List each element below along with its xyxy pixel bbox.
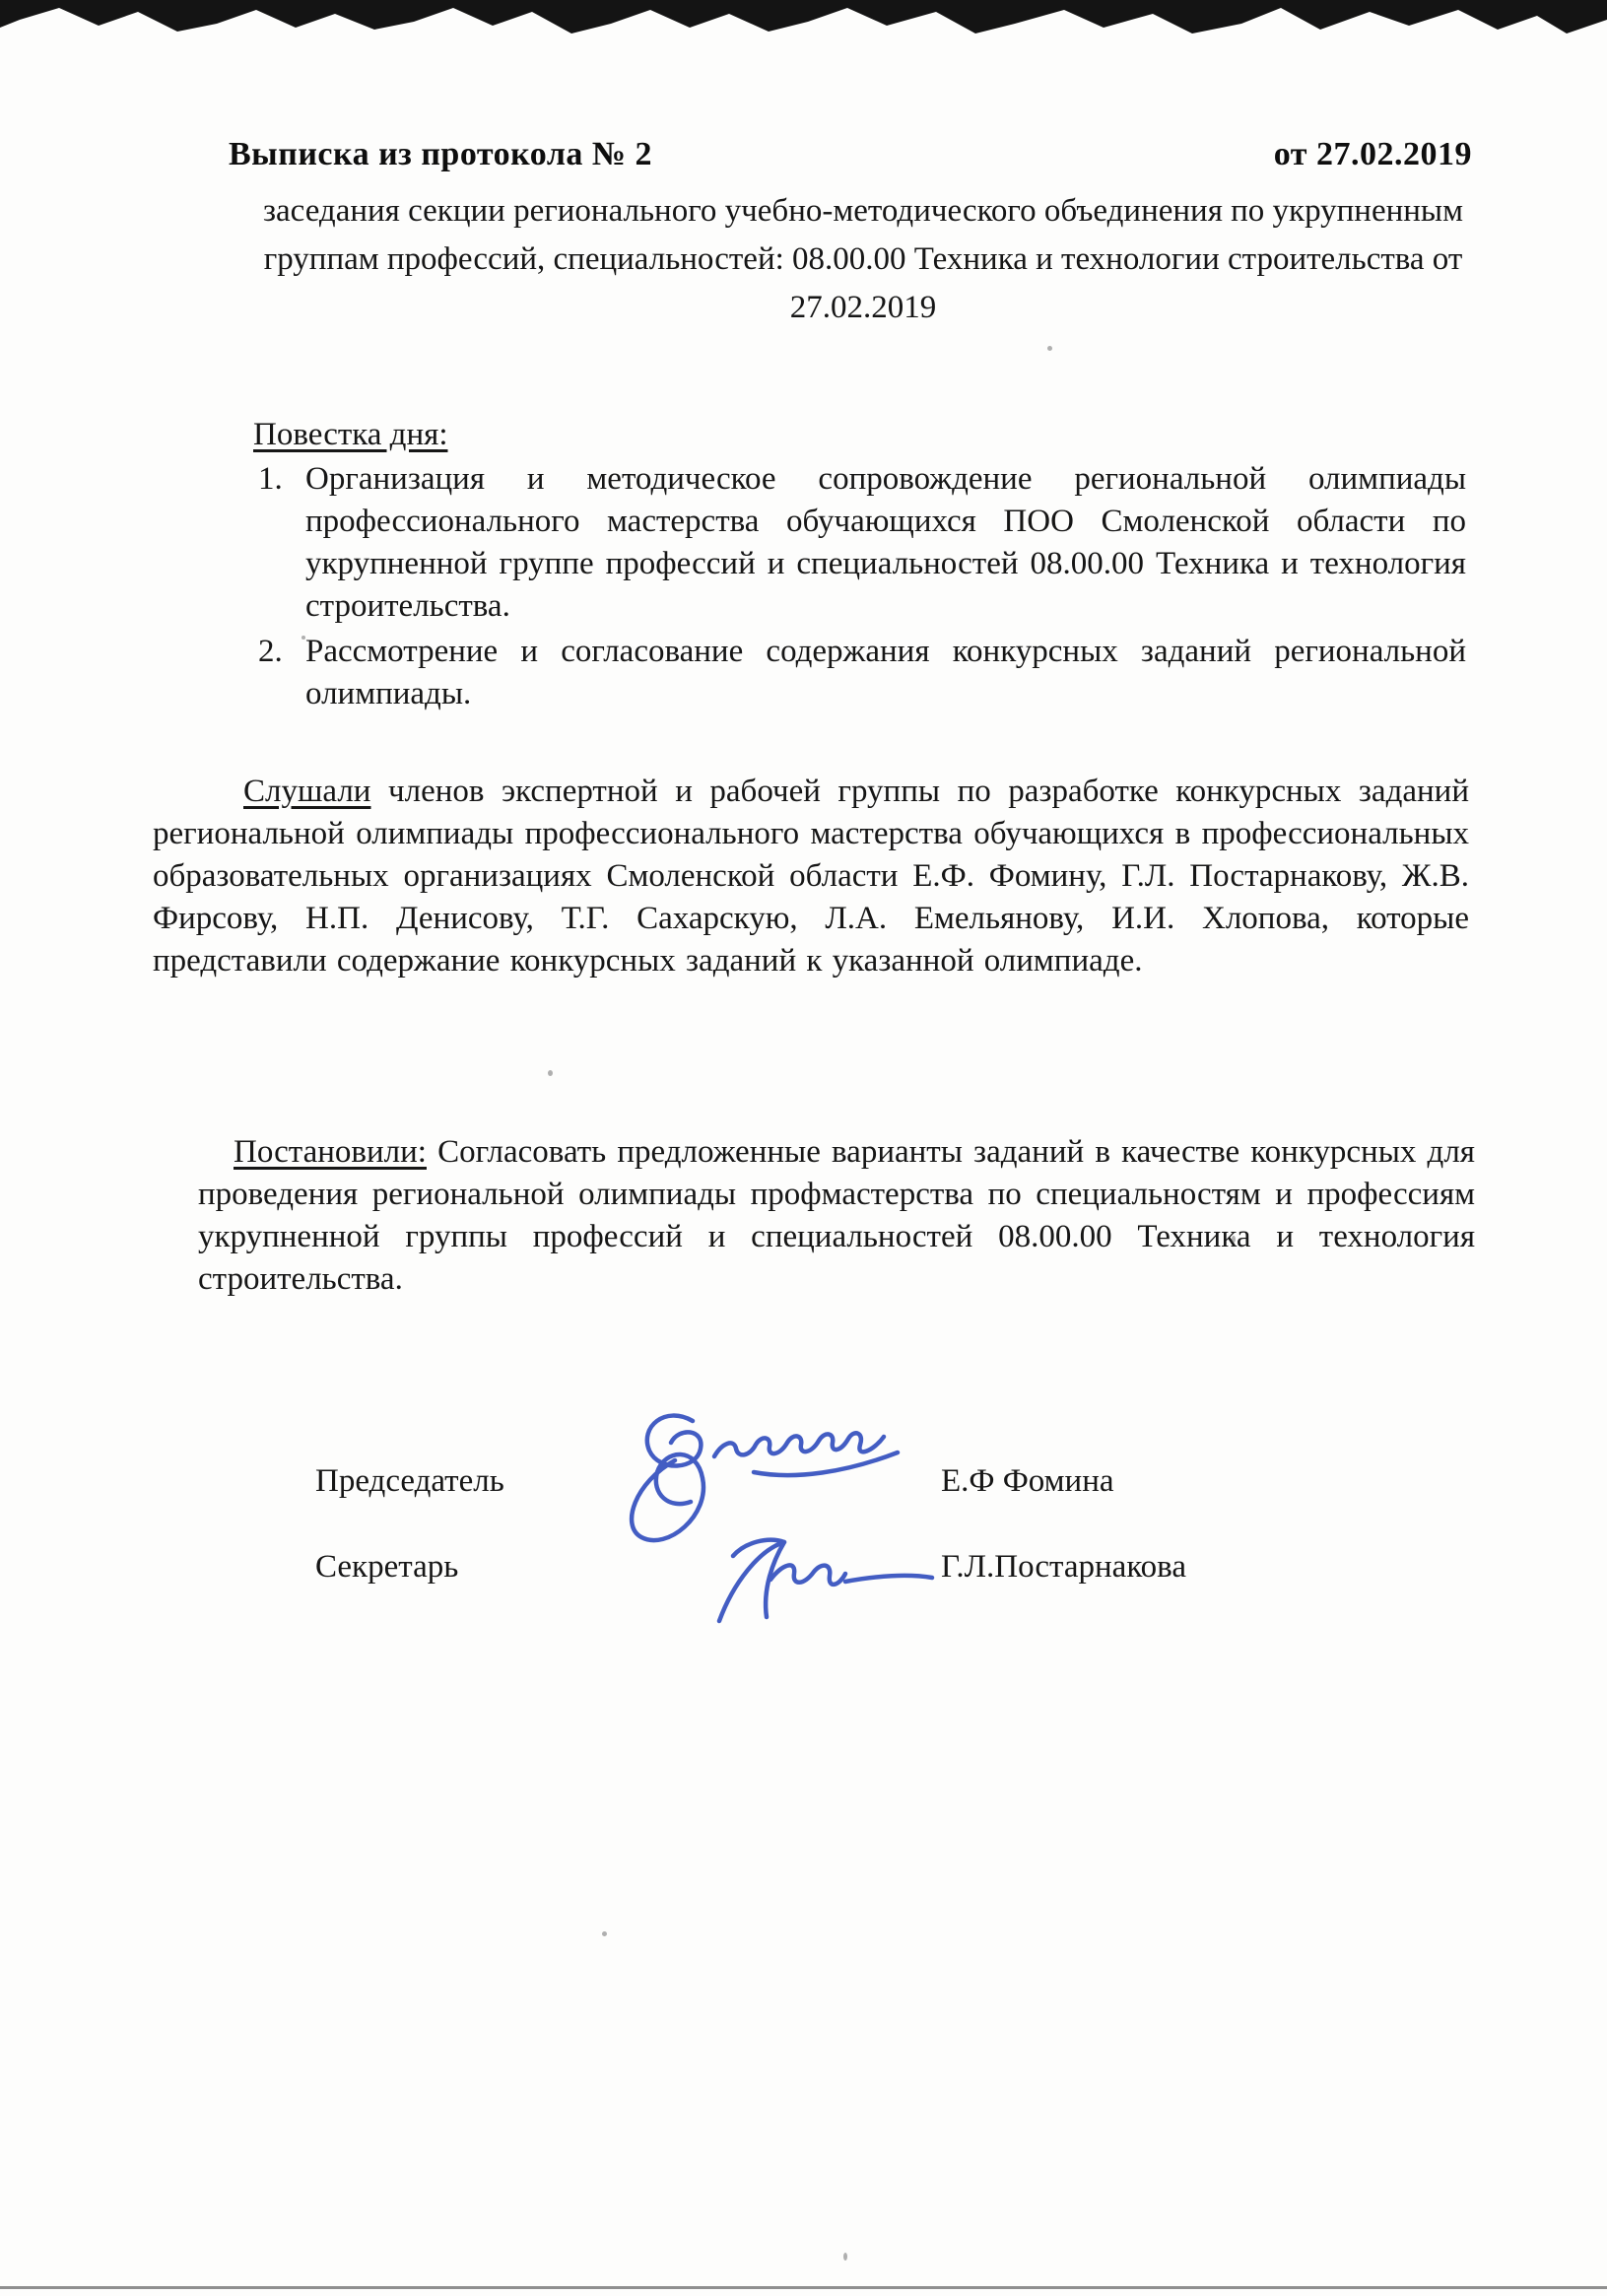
- agenda-item-text: Организация и методическое сопровождение…: [305, 458, 1466, 628]
- agenda-list: 1. Организация и методическое сопровожде…: [258, 458, 1466, 718]
- agenda-heading: Повестка дня:: [253, 417, 447, 453]
- scanned-document-page: Выписка из протокола № 2 от 27.02.2019 з…: [0, 0, 1607, 2296]
- scan-speck: [301, 636, 305, 640]
- heard-paragraph: Слушали членов экспертной и рабочей груп…: [153, 771, 1469, 982]
- signature-name-chairman: Е.Ф Фомина: [941, 1463, 1114, 1500]
- agenda-item-text: Рассмотрение и согласование содержания к…: [305, 631, 1466, 715]
- resolved-lead: Постановили:: [234, 1134, 427, 1170]
- document-date: от 27.02.2019: [1274, 136, 1472, 173]
- resolved-paragraph: Постановили: Согласовать предложенные ва…: [198, 1131, 1475, 1301]
- scan-band-shape: [0, 0, 1607, 34]
- scan-speck: [602, 1931, 607, 1936]
- scan-speck: [1047, 346, 1052, 351]
- agenda-item-number: 1.: [258, 458, 305, 628]
- signature-name-secretary: Г.Л.Постарнакова: [941, 1549, 1186, 1586]
- signature-role-chairman: Председатель: [315, 1463, 504, 1500]
- scan-speck: [843, 2253, 847, 2261]
- scan-speck: [548, 1070, 553, 1076]
- heard-lead: Слушали: [243, 774, 370, 809]
- agenda-item-number: 2.: [258, 631, 305, 715]
- agenda-item-1: 1. Организация и методическое сопровожде…: [258, 458, 1466, 628]
- document-header: Выписка из протокола № 2 от 27.02.2019: [229, 136, 1472, 173]
- scan-speck: [1232, 1236, 1236, 1243]
- scan-artifact-bottom-line: [0, 2286, 1607, 2289]
- agenda-item-2: 2. Рассмотрение и согласование содержани…: [258, 631, 1466, 715]
- document-subtitle: заседания секции регионального учебно-ме…: [236, 187, 1490, 332]
- scan-artifact-top-band: [0, 0, 1607, 41]
- secretary-signature: [690, 1520, 946, 1634]
- document-title: Выписка из протокола № 2: [229, 136, 652, 173]
- signature-role-secretary: Секретарь: [315, 1549, 458, 1586]
